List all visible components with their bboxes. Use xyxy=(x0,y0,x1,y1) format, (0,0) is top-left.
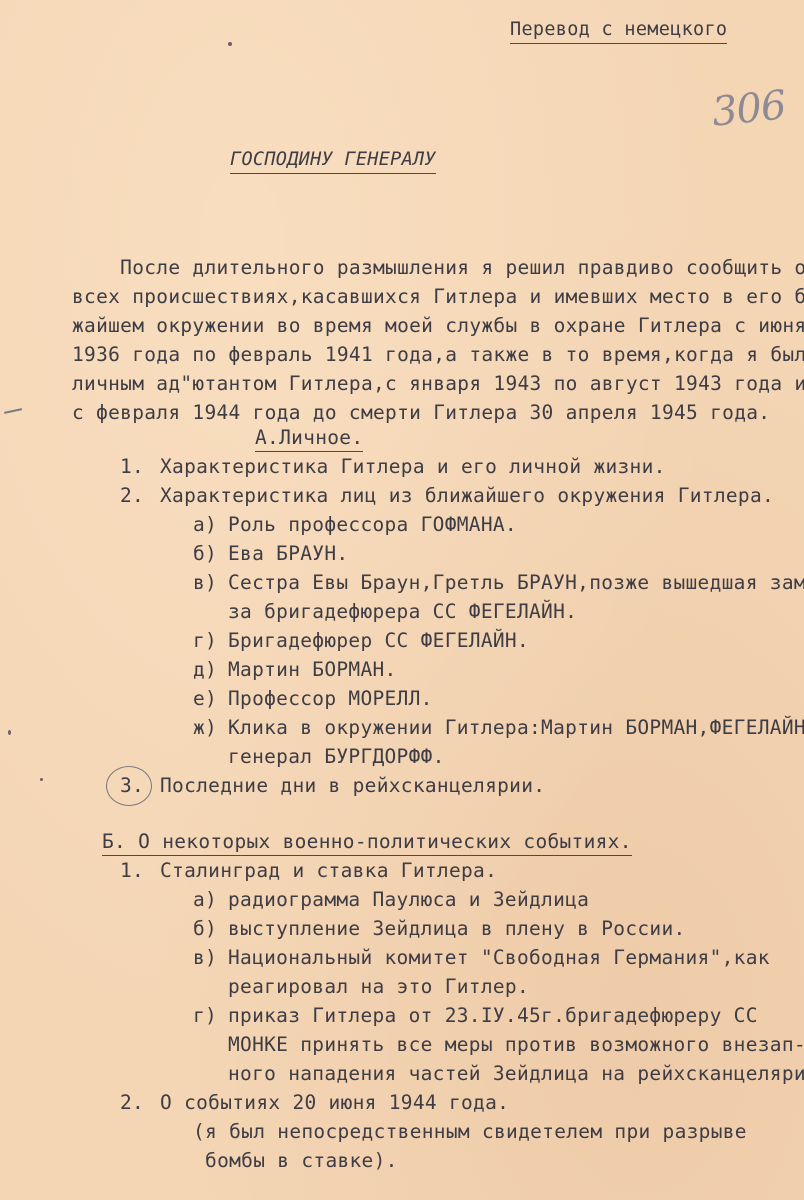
intro-line: с февраля 1944 года до смерти Гитлера 30… xyxy=(72,401,770,425)
item-number: 1. xyxy=(120,859,144,883)
subitem-text: Бригадефюрер СС ФЕГЕЛАЙН. xyxy=(228,629,529,653)
section-a-heading: А.Личное. xyxy=(255,426,363,452)
item-text: Характеристика Гитлера и его личной жизн… xyxy=(160,455,666,479)
subitem-text: приказ Гитлера от 23.IУ.45г.бригадефюрер… xyxy=(228,1004,758,1028)
subitem-text: Мартин БОРМАН. xyxy=(228,658,397,682)
item-text: Сталинград и ставка Гитлера. xyxy=(160,859,497,883)
subitem-text: ного нападения частей Зейдлица на рейхск… xyxy=(228,1062,804,1086)
item-text: Характеристика лиц из ближайшего окружен… xyxy=(160,484,774,508)
item-text: Последние дни в рейхсканцелярии. xyxy=(160,774,545,798)
subitem-letter: в) xyxy=(193,571,217,595)
subitem-letter: ж) xyxy=(193,716,217,740)
subitem-letter: е) xyxy=(193,687,217,711)
header-translation-note: Перевод с немецкого xyxy=(510,18,727,44)
subitem-text: радиограмма Паулюса и Зейдлица xyxy=(228,888,589,912)
intro-line: личным ад"ютантом Гитлера,с января 1943 … xyxy=(72,372,804,396)
salutation: ГОСПОДИНУ ГЕНЕРАЛУ xyxy=(230,148,436,174)
subitem-text: Профессор МОРЕЛЛ. xyxy=(228,687,433,711)
subitem-letter: д) xyxy=(193,658,217,682)
subitem-letter: в) xyxy=(193,946,217,970)
intro-line: жайшем окружении во время моей службы в … xyxy=(72,314,804,338)
subitem-letter: г) xyxy=(193,629,217,653)
subitem-text: МОНКЕ принять все меры против возможного… xyxy=(228,1033,804,1057)
subitem-text: Клика в окружении Гитлера:Мартин БОРМАН,… xyxy=(228,716,804,740)
item-number: 2. xyxy=(120,484,144,508)
handwritten-page-number: 306 xyxy=(710,82,788,135)
subitem-letter: б) xyxy=(193,542,217,566)
subitem-text: Ева БРАУН. xyxy=(228,542,348,566)
intro-line: 1936 года по февраль 1941 года,а также в… xyxy=(72,343,804,367)
item-text: О событиях 20 июня 1944 года. xyxy=(160,1091,509,1115)
margin-pencil-mark xyxy=(4,408,22,413)
paper-speck xyxy=(228,42,232,46)
subitem-text: реагировал на это Гитлер. xyxy=(228,975,529,999)
intro-line: всех происшествиях,касавшихся Гитлера и … xyxy=(72,285,804,309)
item-number: 1. xyxy=(120,455,144,479)
subitem-text: за бригадефюрера СС ФЕГЕЛАЙН. xyxy=(228,600,577,624)
subitem-letter: а) xyxy=(193,888,217,912)
document-page: Перевод с немецкого 306 ГОСПОДИНУ ГЕНЕРА… xyxy=(0,0,804,1200)
subitem-letter: б) xyxy=(193,917,217,941)
subitem-letter: г) xyxy=(193,1004,217,1028)
subitem-text: Национальный комитет "Свободная Германия… xyxy=(228,946,770,970)
subitem-text: генерал БУРГДОРФФ. xyxy=(228,745,445,769)
intro-line: После длительного размышления я решил пр… xyxy=(72,256,804,280)
subitem-text: Роль профессора ГОФМАНА. xyxy=(228,513,517,537)
paper-speck xyxy=(8,730,11,735)
paper-speck xyxy=(40,778,43,781)
section-b-heading: Б. О некоторых военно-политических событ… xyxy=(102,830,632,856)
item-number: 3. xyxy=(120,774,144,798)
item-number: 2. xyxy=(120,1091,144,1115)
subitem-letter: а) xyxy=(193,513,217,537)
item-note: (я был непосредственным свидетелем при р… xyxy=(193,1120,747,1144)
item-note: бомбы в ставке). xyxy=(193,1149,398,1173)
subitem-text: выступление Зейдлица в плену в России. xyxy=(228,917,686,941)
subitem-text: Сестра Евы Браун,Гретль БРАУН,позже выше… xyxy=(228,571,804,595)
